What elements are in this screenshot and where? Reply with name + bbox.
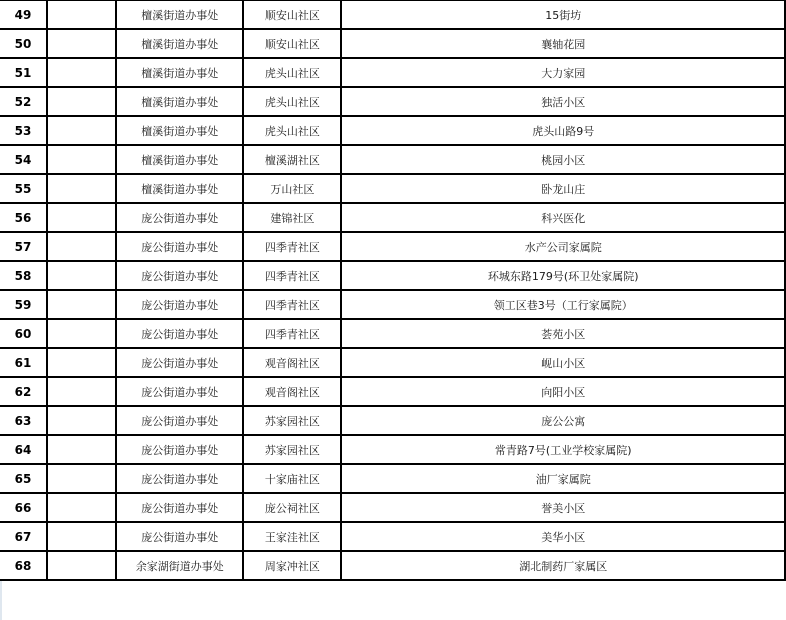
street-office-cell: 檀溪街道办事处: [116, 58, 243, 87]
blank-cell: [47, 348, 116, 377]
row-number: 61: [0, 348, 47, 377]
residential-area-cell: 荟苑小区: [341, 319, 785, 348]
residential-area-cell: 桃园小区: [341, 145, 785, 174]
street-office-cell: 余家湖街道办事处: [116, 551, 243, 580]
community-cell: 虎头山社区: [243, 116, 341, 145]
row-number: 53: [0, 116, 47, 145]
residential-area-cell: 卧龙山庄: [341, 174, 785, 203]
street-office-cell: 庞公街道办事处: [116, 319, 243, 348]
residential-area-cell: 大力家园: [341, 58, 785, 87]
community-cell: 十家庙社区: [243, 464, 341, 493]
community-cell: 苏家园社区: [243, 435, 341, 464]
community-cell: 庞公祠社区: [243, 493, 341, 522]
table-row: 61 庞公街道办事处 观音阁社区 岘山小区: [0, 348, 785, 377]
street-office-cell: 庞公街道办事处: [116, 348, 243, 377]
community-cell: 檀溪湖社区: [243, 145, 341, 174]
blank-cell: [47, 261, 116, 290]
residential-area-table: 49 檀溪街道办事处 顺安山社区 15街坊 50 檀溪街道办事处 顺安山社区 襄…: [0, 0, 786, 581]
row-number: 62: [0, 377, 47, 406]
table-row: 63 庞公街道办事处 苏家园社区 庞公公寓: [0, 406, 785, 435]
community-cell: 周家冲社区: [243, 551, 341, 580]
residential-area-cell: 岘山小区: [341, 348, 785, 377]
residential-area-cell: 庞公公寓: [341, 406, 785, 435]
blank-cell: [47, 377, 116, 406]
community-cell: 苏家园社区: [243, 406, 341, 435]
street-office-cell: 檀溪街道办事处: [116, 174, 243, 203]
street-office-cell: 檀溪街道办事处: [116, 0, 243, 29]
community-cell: 四季青社区: [243, 232, 341, 261]
community-cell: 虎头山社区: [243, 87, 341, 116]
street-office-cell: 庞公街道办事处: [116, 464, 243, 493]
street-office-cell: 庞公街道办事处: [116, 261, 243, 290]
table-row: 51 檀溪街道办事处 虎头山社区 大力家园: [0, 58, 785, 87]
blank-cell: [47, 493, 116, 522]
table-row: 53 檀溪街道办事处 虎头山社区 虎头山路9号: [0, 116, 785, 145]
residential-area-cell: 向阳小区: [341, 377, 785, 406]
row-number: 56: [0, 203, 47, 232]
row-number: 59: [0, 290, 47, 319]
table-row: 67 庞公街道办事处 王家洼社区 美华小区: [0, 522, 785, 551]
blank-cell: [47, 116, 116, 145]
blank-cell: [47, 464, 116, 493]
blank-cell: [47, 435, 116, 464]
community-cell: 四季青社区: [243, 261, 341, 290]
row-number: 58: [0, 261, 47, 290]
table-row: 66 庞公街道办事处 庞公祠社区 誉美小区: [0, 493, 785, 522]
row-number: 49: [0, 0, 47, 29]
residential-area-cell: 常青路7号(工业学校家属院): [341, 435, 785, 464]
residential-area-cell: 油厂家属院: [341, 464, 785, 493]
residential-area-cell: 湖北制药厂家属区: [341, 551, 785, 580]
table-body: 49 檀溪街道办事处 顺安山社区 15街坊 50 檀溪街道办事处 顺安山社区 襄…: [0, 0, 785, 580]
residential-area-cell: 襄轴花园: [341, 29, 785, 58]
residential-area-cell: 科兴医化: [341, 203, 785, 232]
blank-cell: [47, 174, 116, 203]
community-cell: 万山社区: [243, 174, 341, 203]
street-office-cell: 檀溪街道办事处: [116, 87, 243, 116]
community-cell: 顺安山社区: [243, 29, 341, 58]
blank-cell: [47, 406, 116, 435]
row-number: 63: [0, 406, 47, 435]
table-row: 56 庞公街道办事处 建锦社区 科兴医化: [0, 203, 785, 232]
blank-cell: [47, 145, 116, 174]
blank-cell: [47, 29, 116, 58]
blank-cell: [47, 290, 116, 319]
community-cell: 建锦社区: [243, 203, 341, 232]
table-row: 57 庞公街道办事处 四季青社区 水产公司家属院: [0, 232, 785, 261]
row-number: 52: [0, 87, 47, 116]
street-office-cell: 庞公街道办事处: [116, 203, 243, 232]
street-office-cell: 庞公街道办事处: [116, 290, 243, 319]
residential-area-cell: 领工区巷3号（工行家属院）: [341, 290, 785, 319]
residential-area-cell: 美华小区: [341, 522, 785, 551]
blank-cell: [47, 232, 116, 261]
table-row: 62 庞公街道办事处 观音阁社区 向阳小区: [0, 377, 785, 406]
table-row: 68 余家湖街道办事处 周家冲社区 湖北制药厂家属区: [0, 551, 785, 580]
residential-area-cell: 环城东路179号(环卫处家属院): [341, 261, 785, 290]
row-number: 60: [0, 319, 47, 348]
residential-area-cell: 15街坊: [341, 0, 785, 29]
street-office-cell: 庞公街道办事处: [116, 435, 243, 464]
row-number: 55: [0, 174, 47, 203]
community-cell: 顺安山社区: [243, 0, 341, 29]
street-office-cell: 檀溪街道办事处: [116, 116, 243, 145]
community-cell: 四季青社区: [243, 290, 341, 319]
street-office-cell: 庞公街道办事处: [116, 406, 243, 435]
community-cell: 观音阁社区: [243, 377, 341, 406]
row-number: 64: [0, 435, 47, 464]
table-row: 49 檀溪街道办事处 顺安山社区 15街坊: [0, 0, 785, 29]
table-row: 55 檀溪街道办事处 万山社区 卧龙山庄: [0, 174, 785, 203]
street-office-cell: 檀溪街道办事处: [116, 145, 243, 174]
table-row: 50 檀溪街道办事处 顺安山社区 襄轴花园: [0, 29, 785, 58]
community-cell: 虎头山社区: [243, 58, 341, 87]
residential-area-cell: 独活小区: [341, 87, 785, 116]
row-number: 57: [0, 232, 47, 261]
row-number: 50: [0, 29, 47, 58]
table-row: 59 庞公街道办事处 四季青社区 领工区巷3号（工行家属院）: [0, 290, 785, 319]
row-number: 68: [0, 551, 47, 580]
residential-area-cell: 水产公司家属院: [341, 232, 785, 261]
blank-cell: [47, 203, 116, 232]
row-number: 65: [0, 464, 47, 493]
row-number: 51: [0, 58, 47, 87]
blank-cell: [47, 0, 116, 29]
table-row: 64 庞公街道办事处 苏家园社区 常青路7号(工业学校家属院): [0, 435, 785, 464]
row-number: 67: [0, 522, 47, 551]
table-row: 60 庞公街道办事处 四季青社区 荟苑小区: [0, 319, 785, 348]
blank-cell: [47, 551, 116, 580]
street-office-cell: 檀溪街道办事处: [116, 29, 243, 58]
street-office-cell: 庞公街道办事处: [116, 522, 243, 551]
table-row: 52 檀溪街道办事处 虎头山社区 独活小区: [0, 87, 785, 116]
community-cell: 王家洼社区: [243, 522, 341, 551]
table-row: 65 庞公街道办事处 十家庙社区 油厂家属院: [0, 464, 785, 493]
residential-area-cell: 誉美小区: [341, 493, 785, 522]
table-row: 54 檀溪街道办事处 檀溪湖社区 桃园小区: [0, 145, 785, 174]
blank-cell: [47, 58, 116, 87]
row-number: 54: [0, 145, 47, 174]
street-office-cell: 庞公街道办事处: [116, 232, 243, 261]
row-number: 66: [0, 493, 47, 522]
community-cell: 观音阁社区: [243, 348, 341, 377]
residential-area-cell: 虎头山路9号: [341, 116, 785, 145]
table-row: 58 庞公街道办事处 四季青社区 环城东路179号(环卫处家属院): [0, 261, 785, 290]
street-office-cell: 庞公街道办事处: [116, 377, 243, 406]
blank-cell: [47, 319, 116, 348]
blank-cell: [47, 522, 116, 551]
community-cell: 四季青社区: [243, 319, 341, 348]
blank-cell: [47, 87, 116, 116]
street-office-cell: 庞公街道办事处: [116, 493, 243, 522]
